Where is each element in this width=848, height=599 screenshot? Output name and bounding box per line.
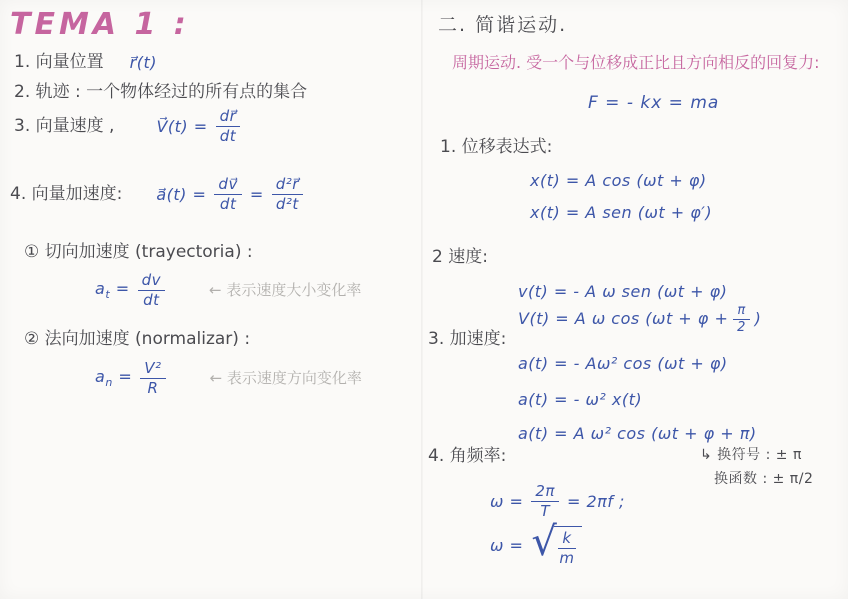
shm-acceleration-eq1-text: a(t) = - Aω² cos (ωt + φ) (518, 354, 728, 374)
shm-velocity-eq2-pre: V(t) = A ω cos (ωt + φ + (518, 309, 728, 329)
acceleration-fraction-2: d²r⃗ d²t (272, 176, 303, 214)
omega-eq1-rest: = 2πf ; (567, 492, 625, 512)
shm-acceleration-eq3-text: a(t) = A ω² cos (ωt + φ + π) (518, 424, 757, 444)
sqrt-k-over-m: √ k m (531, 524, 581, 568)
item-trajectory-label: 2. 轨迹 : 一个物体经过的所有点的集合 (14, 82, 307, 103)
acceleration-heading: 3. 加速度: (428, 329, 506, 350)
velocity-lhs: V⃗(t) = (156, 117, 207, 137)
acceleration-fraction-1: dv⃗ dt (214, 176, 241, 214)
item-position-label: 1. 向量位置 (14, 52, 104, 73)
acceleration-heading-text: 3. 加速度: (428, 329, 506, 350)
tangential-formula-line: at = dv dt ← 表示速度大小变化率 (95, 272, 361, 310)
omega-eq1-lhs: ω = (490, 492, 523, 512)
acceleration-equals: = (250, 185, 264, 205)
displacement-heading-text: 1. 位移表达式: (440, 137, 552, 158)
tangential-frac-num: dv (138, 272, 165, 291)
displacement-eq2: x(t) = A sen (ωt + φ′) (530, 203, 712, 223)
half-pi-fraction: π 2 (733, 304, 749, 334)
omega-eq1-num: 2π (531, 483, 559, 502)
normal-pencil-note: ← 表示速度方向变化率 (210, 369, 362, 388)
omega-eq1-fraction: 2π T (531, 483, 559, 521)
normal-heading: ② 法向加速度 (normalizar) : (24, 329, 250, 350)
displacement-eq1-text: x(t) = A cos (ωt + φ) (530, 171, 707, 191)
normal-formula: an = V² R (95, 360, 166, 398)
normal-frac-num: V² (140, 360, 165, 379)
shm-acceleration-eq1: a(t) = - Aω² cos (ωt + φ) (518, 354, 728, 374)
displacement-eq2-text: x(t) = A sen (ωt + φ′) (530, 203, 712, 223)
acceleration-formula: a⃗(t) = dv⃗ dt = d²r⃗ d²t (156, 176, 303, 214)
page-title-text: TEMA 1 : (10, 6, 190, 44)
omega-eq2-formula: ω = √ k m (490, 524, 582, 568)
margin-note-2-text: 换函数 : ± π/2 (714, 471, 813, 489)
shm-subtitle: 周期运动. 受一个与位移成正比且方向相反的回复力: (452, 53, 820, 73)
normal-formula-line: an = V² R ← 表示速度方向变化率 (95, 360, 362, 398)
tangential-subscript: t (105, 288, 110, 301)
page-title: TEMA 1 : (10, 6, 190, 44)
item-velocity-label: 3. 向量速度 , (14, 116, 114, 137)
normal-heading-text: ② 法向加速度 (normalizar) : (24, 329, 250, 350)
acceleration-lhs: a⃗(t) = (156, 185, 206, 205)
velocity-heading: 2 速度: (432, 247, 488, 268)
item-position-formula: r⃗(t) (130, 53, 157, 73)
item-acceleration-label: 4. 向量加速度: (10, 184, 122, 205)
omega-eq2-den: m (559, 549, 574, 567)
tangential-formula: at = dv dt (95, 272, 165, 310)
angular-frequency-heading: 4. 角频率: (428, 446, 506, 467)
velocity-frac-num: dr⃗ (216, 108, 241, 127)
shm-acceleration-eq2-text: a(t) = - ω² x(t) (518, 390, 642, 410)
tangential-frac-den: dt (143, 291, 159, 309)
item-trajectory: 2. 轨迹 : 一个物体经过的所有点的集合 (14, 82, 307, 103)
normal-subscript: n (105, 376, 112, 389)
shm-velocity-eq2: V(t) = A ω cos (ωt + φ + π 2 ) (518, 304, 761, 334)
velocity-frac-den: dt (220, 127, 236, 145)
newton-law-text: F = - kx = ma (588, 93, 719, 114)
margin-note-1: ↳ 换符号 : ± π (700, 447, 802, 465)
normal-frac-den: R (147, 379, 158, 397)
velocity-heading-text: 2 速度: (432, 247, 488, 268)
shm-velocity-eq1-text: v(t) = - A ω sen (ωt + φ) (518, 282, 727, 302)
tangential-fraction: dv dt (138, 272, 165, 310)
radicand: k m (554, 526, 581, 568)
item-acceleration-vector: 4. 向量加速度: a⃗(t) = dv⃗ dt = d²r⃗ d²t (10, 176, 303, 214)
item-velocity-vector: 3. 向量速度 , V⃗(t) = dr⃗ dt (14, 108, 240, 146)
tangential-pencil-note: ← 表示速度大小变化率 (209, 281, 361, 300)
shm-velocity-eq2-post: ) (755, 309, 762, 329)
omega-eq2-num: k (558, 530, 575, 549)
tangential-lhs: at = (95, 279, 130, 302)
half-pi-num: π (733, 304, 749, 320)
omega-eq1-den: T (540, 502, 550, 520)
normal-fraction: V² R (140, 360, 165, 398)
normal-lhs: an = (95, 367, 132, 390)
newton-law-formula: F = - kx = ma (588, 93, 719, 114)
shm-velocity-eq1: v(t) = - A ω sen (ωt + φ) (518, 282, 727, 302)
acceleration-frac2-num: d²r⃗ (272, 176, 303, 195)
shm-section-title-text: 二. 简谐运动. (438, 14, 567, 38)
tangential-heading-text: ① 切向加速度 (trayectoria) : (24, 242, 253, 263)
shm-velocity-eq2-formula: V(t) = A ω cos (ωt + φ + π 2 ) (518, 304, 761, 334)
shm-section-title: 二. 简谐运动. (438, 14, 567, 38)
omega-eq2-fraction: k m (558, 530, 575, 568)
shm-acceleration-eq2: a(t) = - ω² x(t) (518, 390, 642, 410)
shm-subtitle-text: 周期运动. 受一个与位移成正比且方向相反的回复力: (452, 53, 820, 73)
notebook-page: TEMA 1 : 1. 向量位置 r⃗(t) 2. 轨迹 : 一个物体经过的所有… (0, 0, 848, 599)
tangential-heading: ① 切向加速度 (trayectoria) : (24, 242, 253, 263)
omega-eq2-lhs: ω = (490, 536, 523, 556)
velocity-fraction: dr⃗ dt (216, 108, 241, 146)
displacement-eq1: x(t) = A cos (ωt + φ) (530, 171, 707, 191)
omega-eq2: ω = √ k m (490, 524, 582, 568)
omega-eq1: ω = 2π T = 2πf ; (490, 483, 625, 521)
omega-eq1-formula: ω = 2π T = 2πf ; (490, 483, 625, 521)
item-position-vector: 1. 向量位置 r⃗(t) (14, 52, 157, 73)
angular-frequency-heading-text: 4. 角频率: (428, 446, 506, 467)
margin-note-1-text: ↳ 换符号 : ± π (700, 447, 802, 465)
acceleration-frac1-den: dt (220, 195, 236, 213)
acceleration-frac2-den: d²t (276, 195, 299, 213)
displacement-heading: 1. 位移表达式: (440, 137, 552, 158)
page-fold-line (421, 0, 423, 599)
half-pi-den: 2 (737, 320, 746, 335)
velocity-formula: V⃗(t) = dr⃗ dt (156, 108, 240, 146)
shm-acceleration-eq3: a(t) = A ω² cos (ωt + φ + π) (518, 424, 757, 444)
margin-note-2: 换函数 : ± π/2 (714, 471, 813, 489)
acceleration-frac1-num: dv⃗ (214, 176, 241, 195)
